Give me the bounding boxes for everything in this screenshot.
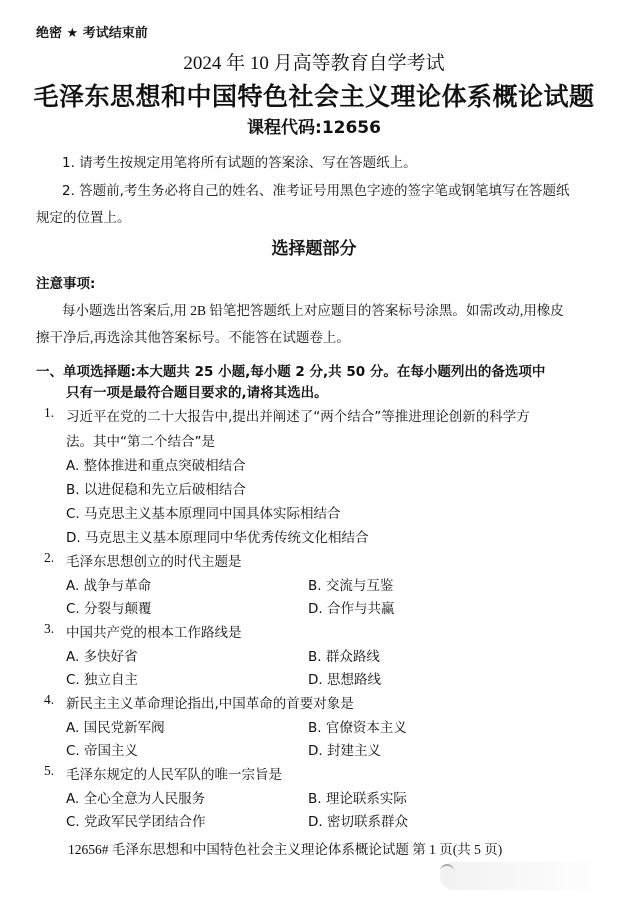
question-3-stem: 中国共产党的根本工作路线是: [66, 621, 242, 641]
instruction-2-continued: 规定的位置上。: [36, 206, 131, 226]
question-4-stem: 新民主主义革命理论指出,中国革命的首要对象是: [66, 692, 354, 712]
question-5-option-b: B. 理论联系实际: [308, 787, 407, 807]
question-3-option-a: A. 多快好省: [66, 645, 138, 665]
question-5-option-d: D. 密切联系群众: [308, 810, 408, 830]
question-2-option-c: C. 分裂与颠覆: [66, 597, 152, 617]
question-1-number: 1.: [44, 405, 54, 421]
question-3-option-d: D. 思想路线: [308, 668, 381, 688]
section-title: 选择题部分: [0, 234, 628, 259]
notes-label: 注意事项:: [36, 272, 95, 292]
question-5-stem: 毛泽东规定的人民军队的唯一宗旨是: [66, 763, 282, 783]
part-heading-line-2: 只有一项是最符合题目要求的,请将其选出。: [66, 381, 328, 401]
question-5-option-c: C. 党政军民学团结合作: [66, 810, 206, 830]
question-2-stem: 毛泽东思想创立的时代主题是: [66, 550, 242, 570]
question-5-number: 5.: [44, 763, 54, 779]
question-4-option-a: A. 国民党新军阀: [66, 716, 165, 736]
question-1-stem-line-2: 法。其中“第二个结合”是: [66, 430, 215, 450]
question-4-option-c: C. 帝国主义: [66, 739, 138, 759]
page-footer: 12656# 毛泽东思想和中国特色社会主义理论体系概论试题 第 1 页(共 5 …: [68, 838, 502, 858]
notes-text-line-2: 擦干净后,再选涂其他答案标号。不能答在试题卷上。: [36, 326, 350, 346]
instruction-1: 1. 请考生按规定用笔将所有试题的答案涂、写在答题纸上。: [62, 151, 417, 171]
watermark-icon: [440, 864, 454, 872]
question-2-number: 2.: [44, 550, 54, 566]
instruction-2: 2. 答题前,考生务必将自己的姓名、准考证号用黑色字迹的签字笔或钢笔填写在答题纸: [62, 179, 569, 199]
question-4-option-d: D. 封建主义: [308, 739, 381, 759]
question-1-option-d: D. 马克思主义基本原理同中华优秀传统文化相结合: [66, 526, 368, 546]
question-1-stem-line-1: 习近平在党的二十大报告中,提出并阐述了“两个结合”等推进理论创新的科学方: [66, 405, 530, 425]
exam-title: 2024 年 10 月高等教育自学考试: [0, 48, 628, 75]
paper-title: 毛泽东思想和中国特色社会主义理论体系概论试题: [0, 77, 628, 113]
notes-text-line-1: 每小题选出答案后,用 2B 铅笔把答题纸上对应题目的答案标号涂黑。如需改动,用橡…: [62, 299, 564, 319]
confidentiality-mark: 绝密 ★ 考试结束前: [36, 22, 148, 41]
question-5-option-a: A. 全心全意为人民服务: [66, 787, 205, 807]
question-2-option-d: D. 合作与共赢: [308, 597, 394, 617]
question-2-option-a: A. 战争与革命: [66, 574, 151, 594]
question-1-option-c: C. 马克思主义基本原理同中国具体实际相结合: [66, 502, 341, 522]
watermark-smudge: [440, 862, 610, 890]
question-1-option-a: A. 整体推进和重点突破相结合: [66, 454, 246, 474]
question-3-option-c: C. 独立自主: [66, 668, 138, 688]
question-1-option-b: B. 以进促稳和先立后破相结合: [66, 478, 246, 498]
question-3-option-b: B. 群众路线: [308, 645, 380, 665]
course-code: 课程代码:12656: [0, 113, 628, 138]
question-2-option-b: B. 交流与互鉴: [308, 574, 393, 594]
question-4-option-b: B. 官僚资本主义: [308, 716, 407, 736]
question-3-number: 3.: [44, 621, 54, 637]
question-4-number: 4.: [44, 692, 54, 708]
part-heading-line-1: 一、单项选择题:本大题共 25 小题,每小题 2 分,共 50 分。在每小题列出…: [36, 360, 545, 380]
